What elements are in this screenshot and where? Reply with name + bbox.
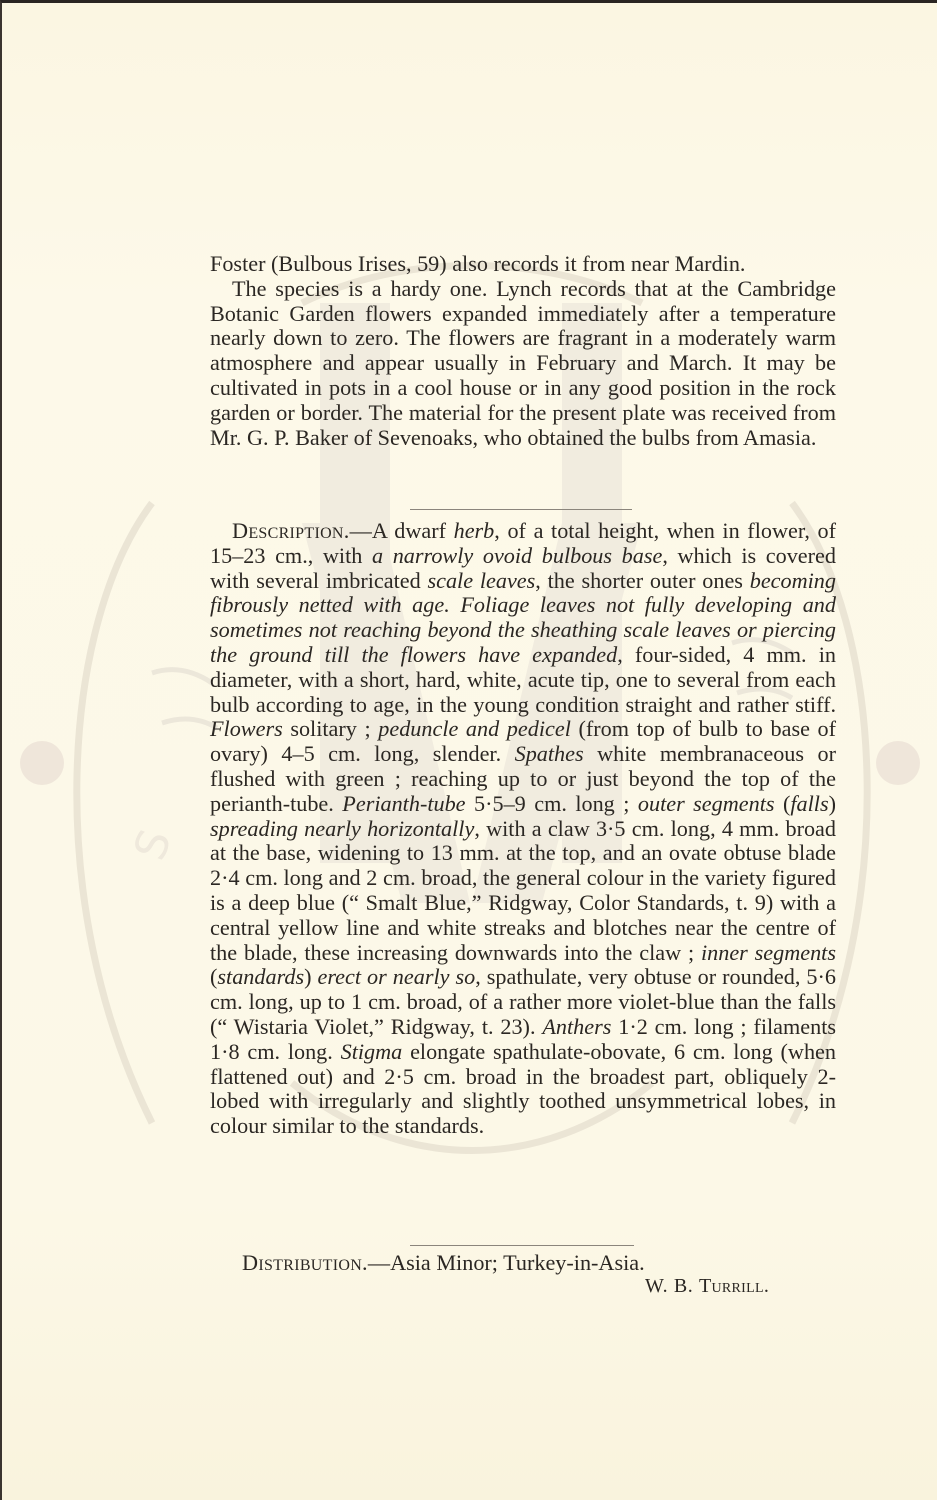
description-segment: erect or nearly so xyxy=(318,964,476,989)
intro-line: Foster (Bulbous Irises, 59) also records… xyxy=(210,252,836,277)
description-segment: ) xyxy=(304,964,317,989)
description-segment: spreading nearly horizontally xyxy=(210,816,474,841)
distribution-text: —Asia Minor; Turkey-in-Asia. xyxy=(368,1250,645,1275)
description-segment: ( xyxy=(775,791,791,816)
page: S Foster (Bulbous Irises, 59) also recor… xyxy=(0,0,937,1500)
description-segment: outer segments xyxy=(638,791,775,816)
description-segment: peduncle and pedicel xyxy=(378,716,571,741)
description-paragraph: Description.—A dwarf herb, of a total he… xyxy=(210,519,836,1139)
description-segment: —A dwarf xyxy=(350,518,454,543)
author-surname: Turrill. xyxy=(699,1275,769,1297)
distribution-line: Distribution.—Asia Minor; Turkey-in-Asia… xyxy=(242,1250,645,1276)
intro-paragraph: The species is a hardy one. Lynch record… xyxy=(210,277,836,451)
author-signature: W. B. Turrill. xyxy=(645,1275,769,1298)
intro-section: Foster (Bulbous Irises, 59) also records… xyxy=(210,252,836,450)
section-divider xyxy=(410,509,632,510)
section-divider-2 xyxy=(410,1245,634,1246)
description-segment: herb xyxy=(454,518,495,543)
description-segment: inner segments xyxy=(701,940,836,965)
description-segment: standards xyxy=(217,964,304,989)
author-initials: W. B. xyxy=(645,1275,699,1297)
svg-text:S: S xyxy=(124,823,181,867)
description-segment: ) xyxy=(829,791,836,816)
description-segment: Flowers xyxy=(210,716,283,741)
description-segment xyxy=(450,592,461,617)
description-segment: scale leaves xyxy=(427,568,535,593)
description-heading: Description. xyxy=(232,518,350,543)
distribution-heading: Distribution. xyxy=(242,1250,368,1275)
description-segment: solitary ; xyxy=(283,716,379,741)
description-segment: Stigma xyxy=(341,1039,403,1064)
description-segment: Perianth-tube xyxy=(342,791,465,816)
description-segment: falls xyxy=(790,791,828,816)
description-section: Description.—A dwarf herb, of a total he… xyxy=(210,519,836,1139)
description-segment: , the shorter outer ones xyxy=(535,568,749,593)
description-segment: 5·5–9 cm. long ; xyxy=(466,791,638,816)
description-segment: a narrowly ovoid bulbous base xyxy=(372,543,662,568)
description-segment: Anthers xyxy=(542,1014,611,1039)
description-segment: Spathes xyxy=(515,741,584,766)
